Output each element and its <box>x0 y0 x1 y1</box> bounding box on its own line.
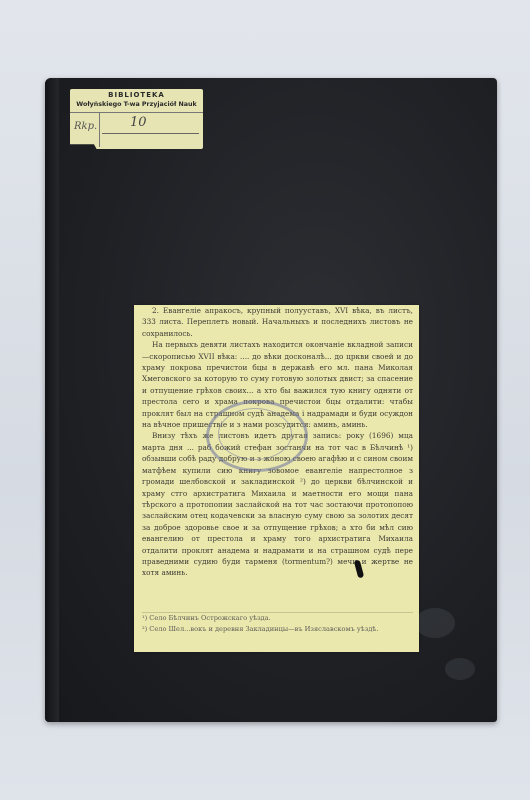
library-stamp-inner-ring <box>218 408 292 460</box>
label-shelf-number: 10 <box>130 115 147 130</box>
label-number-line <box>102 133 199 134</box>
label-title: BIBLIOTEKA <box>70 91 203 99</box>
label-prefix: Rkp. <box>74 121 97 132</box>
footnotes: ¹) Село Бѣлчинъ Острожскаго уѣзда. ²) Се… <box>142 612 413 635</box>
pasted-description-slip: 2. Евангеліе апракосъ, крупный полуустав… <box>134 305 419 652</box>
footnote: ²) Село Шел...вокъ и деревня Закладинцы—… <box>142 624 413 635</box>
library-label: BIBLIOTEKA Wołyńskiego T-wa Przyjaciół N… <box>70 89 203 149</box>
book-spine-edge <box>45 78 59 722</box>
footnote: ¹) Село Бѣлчинъ Острожскаго уѣзда. <box>142 613 413 624</box>
label-divider <box>70 112 203 113</box>
cover-scuff <box>415 608 455 638</box>
cover-scuff <box>445 658 475 680</box>
label-divider-vertical <box>99 112 100 147</box>
paragraph: 2. Евангеліе апракосъ, крупный полуустав… <box>142 305 413 339</box>
label-subtitle: Wołyńskiego T-wa Przyjaciół Nauk <box>70 101 203 108</box>
